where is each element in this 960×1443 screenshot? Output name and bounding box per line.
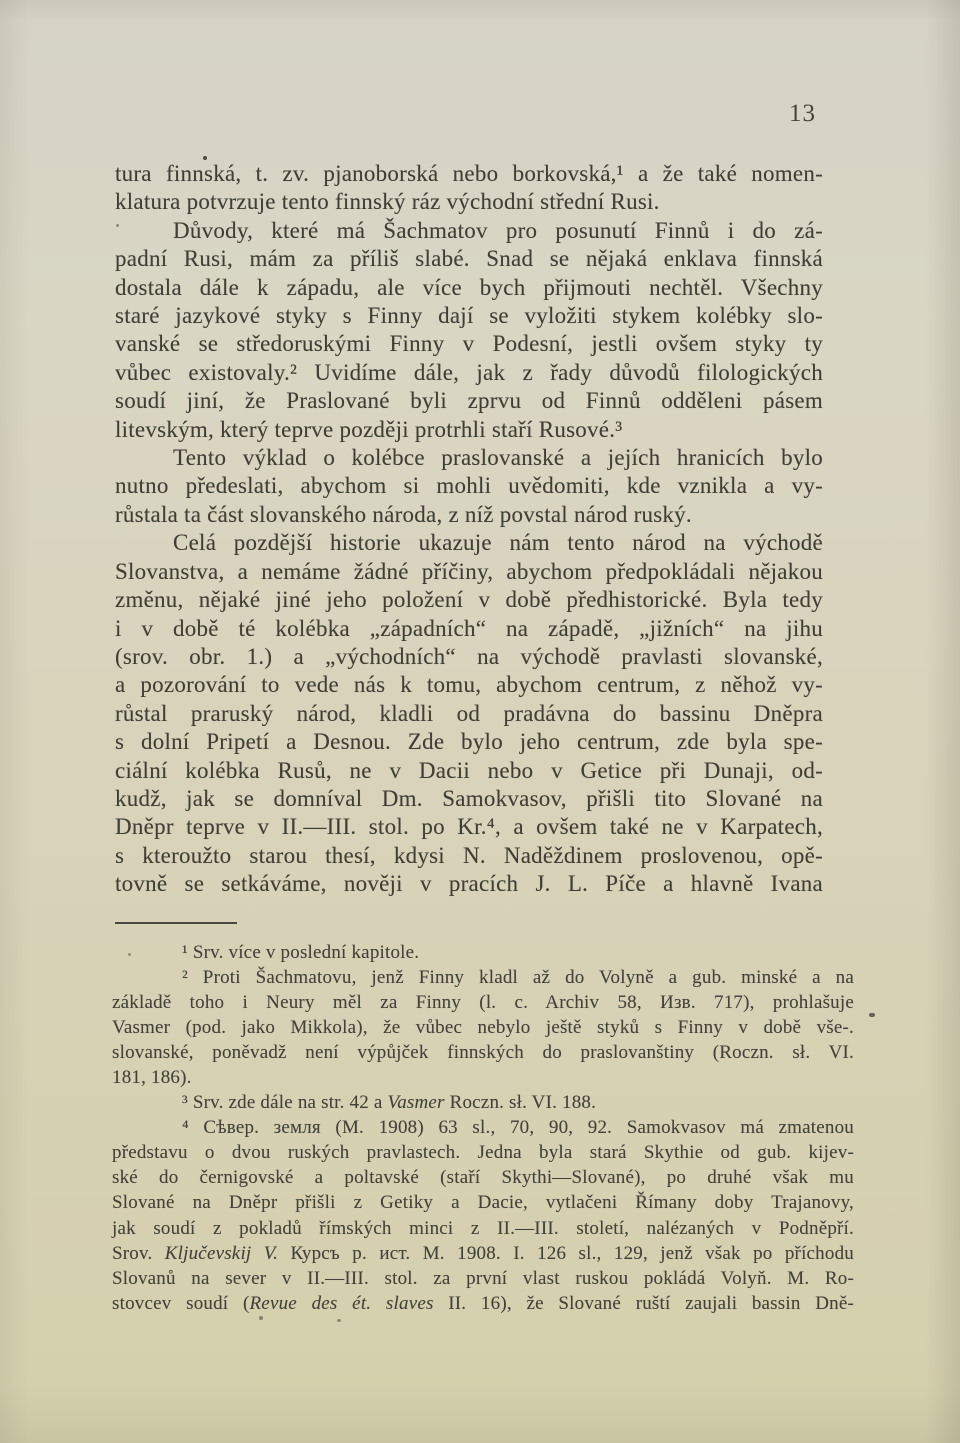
text-line: ské do černigovské a poltavské (staří Sk…: [112, 1165, 854, 1190]
text-line: (srov. obr. 1.) a „východních“ na východ…: [115, 643, 823, 671]
text-line: Vasmer (pod. jako Mikkola), že vůbec neb…: [112, 1015, 854, 1040]
text-line: Srov. Ključevskij V. Курсъ р. ист. M. 19…: [112, 1241, 854, 1266]
text-line: změnu, nějaké jiné jeho položení v době …: [115, 586, 823, 614]
text-line: ¹ Srv. více v poslední kapitole.: [112, 940, 854, 965]
paragraph: ³ Srv. zde dále na str. 42 a Vasmer Rocz…: [112, 1090, 854, 1115]
text-line: padní Rusi, mám za příliš slabé. Snad se…: [115, 245, 823, 273]
text-line: s kteroužto starou thesí, kdysi N. Naděž…: [115, 842, 823, 870]
paragraph: Důvody, které má Šachmatov pro posunutí …: [115, 217, 823, 444]
text-line: Slovanstva, a nemáme žádné příčiny, abyc…: [115, 558, 823, 586]
text-line: představu o dvou ruských pravlastech. Je…: [112, 1140, 854, 1165]
footnote-separator-rule: [115, 922, 237, 924]
text-line: Slované na Dněpr přišli z Getiky a Dacie…: [112, 1190, 854, 1215]
text-line: ³ Srv. zde dále na str. 42 a Vasmer Rocz…: [112, 1090, 854, 1115]
text-line: s dolní Pripetí a Desnou. Zde bylo jeho …: [115, 728, 823, 756]
text-line: jak soudí z pokladů římských minci z II.…: [112, 1216, 854, 1241]
paper-speck: [337, 1319, 341, 1322]
paper-speck: [259, 1316, 263, 1320]
paper-speck: [116, 224, 119, 227]
text-line: Dněpr teprve v II.—III. stol. po Kr.⁴, a…: [115, 813, 823, 841]
text-line: vanské se středoruskými Finny v Podesní,…: [115, 330, 823, 358]
page-number: 13: [789, 100, 816, 128]
paragraph: tura finnská, t. zv. pjanoborská nebo bo…: [115, 160, 823, 217]
text-line: Tento výklad o kolébce praslovanské a je…: [115, 444, 823, 472]
text-line: i v době té kolébka „západních“ na západ…: [115, 615, 823, 643]
text-line: základě toho i Neury měl za Finny (l. c.…: [112, 990, 854, 1015]
text-line: klatura potvrzuje tento finnský ráz vých…: [115, 188, 823, 216]
text-line: ciální kolébka Rusů, ne v Dacii nebo v G…: [115, 757, 823, 785]
text-line: růstala ta část slovanského národa, z ní…: [115, 501, 823, 529]
paragraph: ² Proti Šachmatovu, jenž Finny kladl až …: [112, 965, 854, 1090]
book-page: 13 tura finnská, t. zv. pjanoborská nebo…: [0, 0, 960, 1443]
text-line: a pozorování to vede nás k tomu, abychom…: [115, 671, 823, 699]
text-line: litevským, který teprve později protrhli…: [115, 416, 823, 444]
text-line: ² Proti Šachmatovu, jenž Finny kladl až …: [112, 965, 854, 990]
text-line: Celá pozdější historie ukazuje nám tento…: [115, 529, 823, 557]
text-line: stovcev soudí (Revue des ét. slaves II. …: [112, 1291, 854, 1316]
text-line: tovně se setkáváme, nověji v pracích J. …: [115, 870, 823, 898]
paragraph: Tento výklad o kolébce praslovanské a je…: [115, 444, 823, 529]
text-line: nutno předeslati, abychom si mohli uvědo…: [115, 472, 823, 500]
text-line: tura finnská, t. zv. pjanoborská nebo bo…: [115, 160, 823, 188]
paper-speck: [128, 953, 131, 956]
paper-speck: [203, 156, 207, 160]
text-line: růstal praruský národ, kladli od pradávn…: [115, 700, 823, 728]
paragraph: ¹ Srv. více v poslední kapitole.: [112, 940, 854, 965]
text-line: Slovanů na sever v II.—III. stol. za prv…: [112, 1266, 854, 1291]
text-line: vůbec existovaly.² Uvidíme dále, jak z ř…: [115, 359, 823, 387]
paragraph: ⁴ Сѣвер. земля (M. 1908) 63 sl., 70, 90,…: [112, 1115, 854, 1315]
text-line: kudž, jak se domníval Dm. Samokvasov, př…: [115, 785, 823, 813]
text-line: Důvody, které má Šachmatov pro posunutí …: [115, 217, 823, 245]
paper-speck: [869, 1013, 875, 1017]
text-line: slovanské, poněvadž není výpůjček finnsk…: [112, 1040, 854, 1065]
paragraph: Celá pozdější historie ukazuje nám tento…: [115, 529, 823, 898]
text-line: ⁴ Сѣвер. земля (M. 1908) 63 sl., 70, 90,…: [112, 1115, 854, 1140]
text-line: 181, 186).: [112, 1065, 854, 1090]
main-text-block: tura finnská, t. zv. pjanoborská nebo bo…: [115, 160, 823, 899]
text-line: soudí jiní, že Praslované byli zprvu od …: [115, 387, 823, 415]
text-line: dostala dále k západu, ale více bych při…: [115, 274, 823, 302]
footnotes-block: ¹ Srv. více v poslední kapitole.² Proti …: [112, 940, 854, 1316]
text-line: staré jazykové styky s Finny dají se vyl…: [115, 302, 823, 330]
